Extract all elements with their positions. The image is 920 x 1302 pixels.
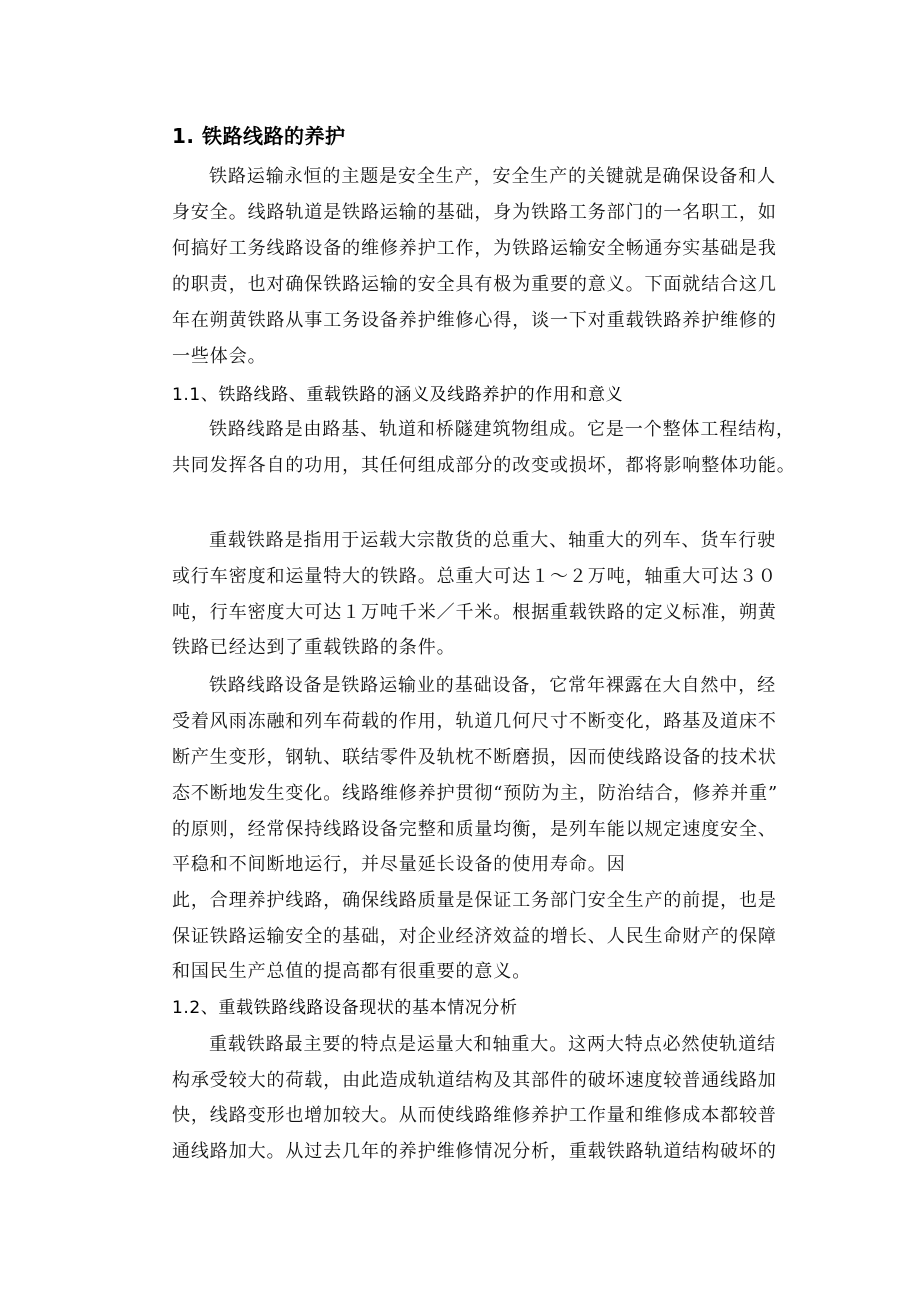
paragraph-line: 的原则，经常保持线路设备完整和质量均衡，是列车能以规定速度安全、 (172, 815, 765, 845)
paragraph-line: 重载铁路是指用于运载大宗散货的总重大、轴重大的列车、货车行驶 (209, 526, 765, 556)
paragraph-line: 和国民生产总值的提高都有很重要的意义。 (172, 957, 765, 987)
paragraph-line: 快，线路变形也增加较大。从而使线路维修养护工作量和维修成本都较普 (172, 1101, 765, 1131)
paragraph-line: 铁路运输永恒的主题是安全生产，安全生产的关键就是确保设备和人 (209, 162, 765, 192)
paragraph-line: 平稳和不间断地运行，并尽量延长设备的使用寿命。因 (172, 850, 765, 880)
paragraph-line: 断产生变形，钢轨、联结零件及轨枕不断磨损，因而使线路设备的技术状 (172, 743, 765, 773)
paragraph-line: 受着风雨冻融和列车荷载的作用，轨道几何尺寸不断变化，路基及道床不 (172, 707, 765, 737)
paragraph-line: 或行车密度和运量特大的铁路。总重大可达１～２万吨，轴重大可达３０ (172, 562, 765, 592)
paragraph-line: 共同发挥各自的功用，其任何组成部分的改变或损坏，都将影响整体功能。 (172, 451, 765, 481)
section-heading-1-2: 1.2、重载铁路线路设备现状的基本情况分析 (172, 993, 765, 1023)
paragraph-line: 重载铁路最主要的特点是运量大和轴重大。这两大特点必然使轨道结 (209, 1030, 765, 1060)
paragraph-line: 保证铁路运输安全的基础，对企业经济效益的增长、人民生命财产的保障 (172, 922, 765, 952)
section-heading-1-1: 1.1、铁路线路、重载铁路的涵义及线路养护的作用和意义 (172, 380, 765, 410)
paragraph-line: 态不断地发生变化。线路维修养护贯彻“预防为主，防治结合，修养并重” (172, 779, 765, 809)
paragraph-line: 此，合理养护线路，确保线路质量是保证工务部门安全生产的前提，也是 (172, 886, 765, 916)
paragraph-line: 铁路已经达到了重载铁路的条件。 (172, 633, 765, 663)
document-page: 1. 铁路线路的养护 铁路运输永恒的主题是安全生产，安全生产的关键就是确保设备和… (0, 0, 920, 1302)
paragraph-line: 的职责，也对确保铁路运输的安全具有极为重要的意义。下面就结合这几 (172, 270, 765, 300)
paragraph-line: 年在朔黄铁路从事工务设备养护维修心得，谈一下对重载铁路养护维修的 (172, 306, 765, 336)
paragraph-line: 铁路线路设备是铁路运输业的基础设备，它常年裸露在大自然中，经 (209, 671, 765, 701)
paragraph-line: 一些体会。 (172, 342, 765, 372)
paragraph-line: 身安全。线路轨道是铁路运输的基础，身为铁路工务部门的一名职工，如 (172, 198, 765, 228)
paragraph-line: 何搞好工务线路设备的维修养护工作，为铁路运输安全畅通夯实基础是我 (172, 234, 765, 264)
paragraph-line: 吨，行车密度大可达１万吨千米／千米。根据重载铁路的定义标准，朔黄 (172, 598, 765, 628)
document-heading: 1. 铁路线路的养护 (172, 121, 765, 151)
paragraph-line: 通线路加大。从过去几年的养护维修情况分析，重载铁路轨道结构破坏的 (172, 1137, 765, 1167)
paragraph-line: 构承受较大的荷载，由此造成轨道结构及其部件的破坏速度较普通线路加 (172, 1066, 765, 1096)
paragraph-line: 铁路线路是由路基、轨道和桥隧建筑物组成。它是一个整体工程结构， (209, 415, 765, 445)
